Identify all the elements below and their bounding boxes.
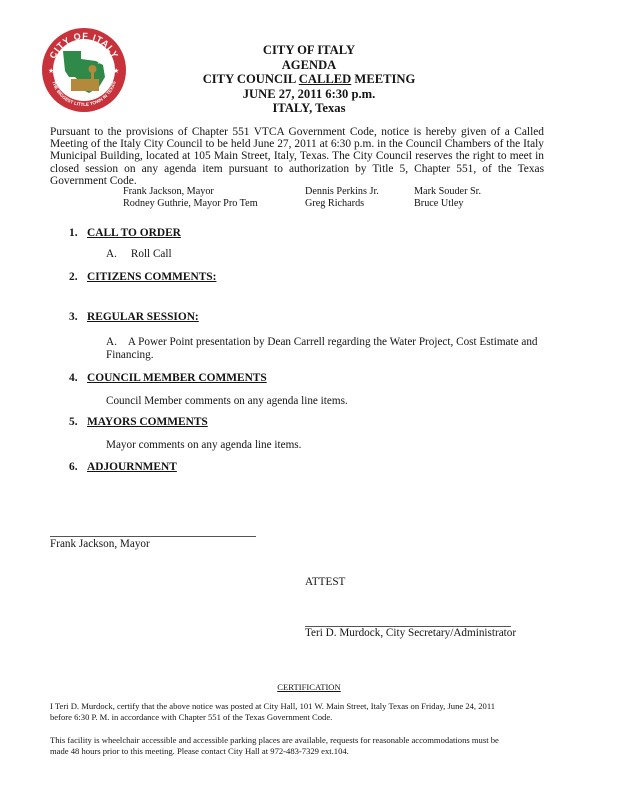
attest-label: ATTEST	[305, 576, 345, 588]
section-citizens-comments: 2.CITIZENS COMMENTS:	[69, 271, 216, 283]
certification-paragraph: I Teri D. Murdock, certify that the abov…	[50, 701, 570, 722]
members-col-3: Mark Souder Sr. Bruce Utley	[414, 186, 481, 210]
intro-paragraph: Pursuant to the provisions of Chapter 55…	[50, 126, 544, 187]
section-5-text: Mayor comments on any agenda line items.	[106, 439, 301, 451]
header-location: ITALY, Texas	[0, 101, 618, 116]
mayor-signature-name: Frank Jackson, Mayor	[50, 538, 150, 550]
accessibility-paragraph: This facility is wheelchair accessible a…	[50, 735, 570, 756]
header-meeting-type: CITY COUNCIL CALLED MEETING	[0, 72, 618, 87]
header-agenda: AGENDA	[0, 58, 618, 73]
header-date: JUNE 27, 2011 6:30 p.m.	[0, 87, 618, 102]
members-col-1: Frank Jackson, Mayor Rodney Guthrie, May…	[123, 186, 258, 210]
section-council-member-comments: 4.COUNCIL MEMBER COMMENTS	[69, 372, 267, 384]
mayor-signature-line	[50, 536, 256, 537]
secretary-signature-name: Teri D. Murdock, City Secretary/Administ…	[305, 627, 516, 639]
document-header: CITY OF ITALY AGENDA CITY COUNCIL CALLED…	[0, 43, 618, 116]
members-col-2: Dennis Perkins Jr. Greg Richards	[305, 186, 379, 210]
section-call-to-order: 1.CALL TO ORDER	[69, 227, 181, 239]
section-regular-session: 3.REGULAR SESSION:	[69, 311, 199, 323]
section-1-item-a: A.Roll Call	[106, 248, 172, 260]
section-adjournment: 6.ADJOURNMENT	[69, 461, 177, 473]
section-3-item-a: A.A Power Point presentation by Dean Car…	[106, 336, 546, 362]
header-city: CITY OF ITALY	[0, 43, 618, 58]
section-mayors-comments: 5.MAYORS COMMENTS	[69, 416, 208, 428]
certification-heading: CERTIFICATION	[0, 682, 618, 693]
section-4-text: Council Member comments on any agenda li…	[106, 395, 348, 407]
